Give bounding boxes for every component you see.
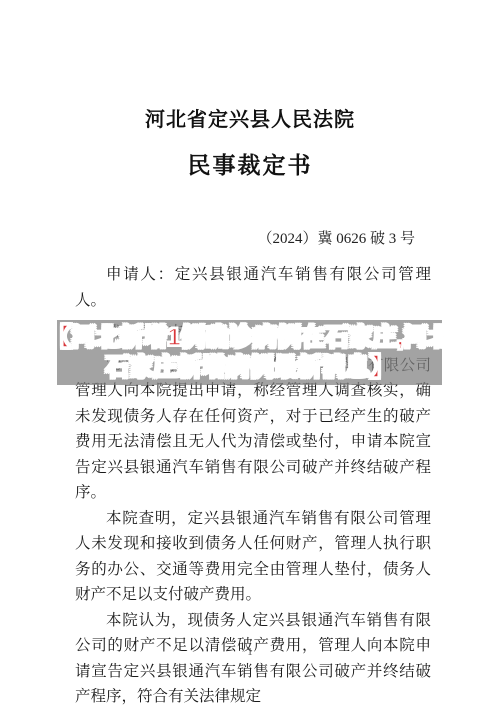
paragraph-findings: 本院查明，定兴县银通汽车销售有限公司管理人未发现和接收到债务人任何财产，管理人执… bbox=[75, 506, 431, 608]
court-name: 河北省定兴县人民法院 bbox=[0, 0, 500, 132]
case-number: （2024）冀 0626 破 3 号 bbox=[0, 180, 500, 248]
news-headline-line2: 石家庄新增病例最新消息】 bbox=[106, 353, 394, 383]
page-number: 1 bbox=[0, 646, 500, 658]
document-type-title: 民事裁定书 bbox=[0, 132, 500, 180]
news-headline-line1: 【河北新增1例确诊病例在石家庄,河北 bbox=[48, 323, 452, 353]
document-page: 河北省定兴县人民法院 民事裁定书 （2024）冀 0626 破 3 号 申请人：… bbox=[0, 0, 500, 706]
news-headline-overlay: 【河北新增1例确诊病例在石家庄,河北 石家庄新增病例最新消息】 bbox=[57, 320, 442, 385]
applicant-line: 申请人：定兴县银通汽车销售有限公司管理人。 bbox=[75, 262, 431, 313]
